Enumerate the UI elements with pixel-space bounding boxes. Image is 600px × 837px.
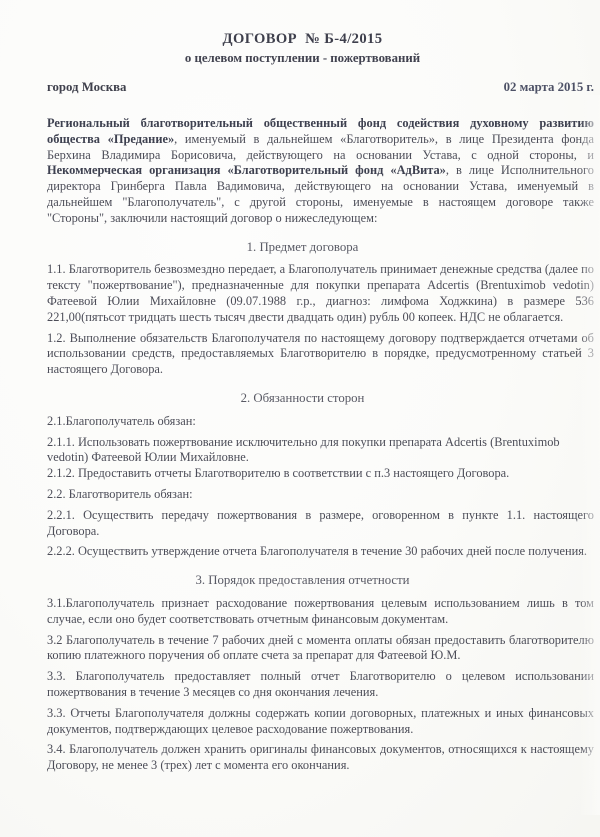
document-city: город Москва [47,79,126,95]
clause-2-1-1: 2.1.1. Использовать пожертвование исключ… [47,435,594,467]
clause-2-2-1: 2.2.1. Осуществить передачу пожертвовани… [47,508,594,540]
preamble-paragraph: Региональный благотворительный обществен… [47,116,594,227]
contract-document-page: ДОГОВОР № Б-4/2015 о целевом поступлении… [0,0,600,837]
section-2-heading: 2. Обязанности сторон [29,391,576,407]
clause-3-3: 3.3. Благополучатель предоставляет полны… [47,669,594,701]
clause-3-1: 3.1.Благополучатель признает расходовани… [47,596,594,628]
clause-3-3-duplicate: 3.3. Отчеты Благополучателя должны содер… [47,706,594,738]
clause-2-2: 2.2. Благотворитель обязан: [47,487,594,503]
section-1-heading: 1. Предмет договора [29,240,576,256]
clause-3-2: 3.2 Благополучатель в течение 7 рабочих … [47,633,594,665]
clause-2-1: 2.1.Благополучатель обязан: [47,414,594,430]
document-subtitle: о целевом поступлении - пожертвований [29,50,576,66]
party-beneficiary-name: Некоммерческая организация «Благотворите… [47,163,446,177]
document-title: ДОГОВОР № Б-4/2015 [29,30,576,48]
document-meta-row: город Москва 02 марта 2015 г. [47,79,594,95]
clause-1-1: 1.1. Благотворитель безвозмездно передае… [47,262,594,325]
section-3-heading: 3. Порядок предоставления отчетности [29,573,576,589]
clause-3-4: 3.4. Благополучатель должен хранить ориг… [47,742,594,774]
document-date: 02 марта 2015 г. [504,79,594,95]
clause-2-1-2: 2.1.2. Предоставить отчеты Благотворител… [47,466,594,482]
clause-2-2-2: 2.2.2. Осуществить утверждение отчета Бл… [47,544,594,560]
clause-1-2: 1.2. Выполнение обязательств Благополуча… [47,331,594,378]
